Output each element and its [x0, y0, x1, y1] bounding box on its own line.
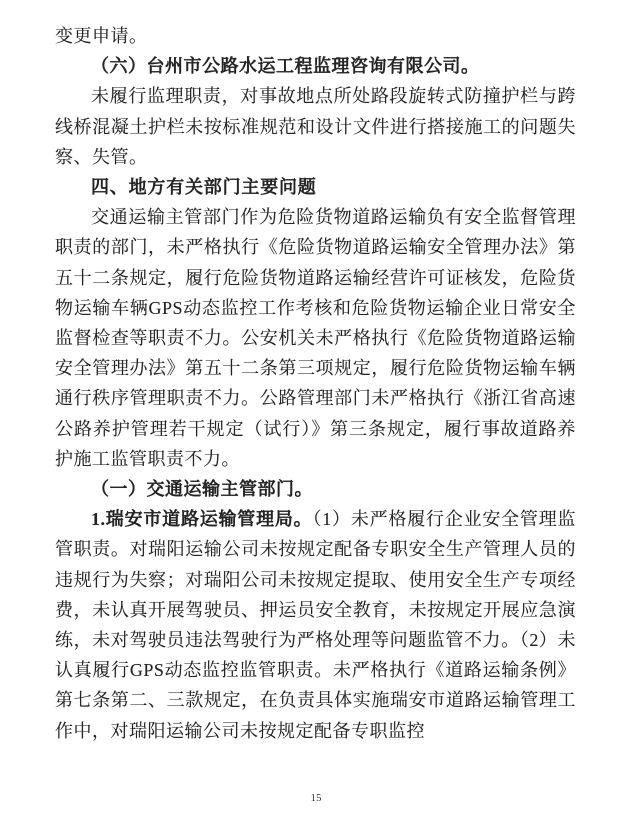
heading-section-six-taizhou-supervision-company: （六）台州市公路水运工程监理咨询有限公司。: [55, 51, 576, 81]
paragraph-ruian-bureau-details: （1）未严格履行企业安全管理监管职责。对瑞阳运输公司未按规定配备专职安全生产管理…: [55, 509, 576, 740]
document-body: 变更申请。 （六）台州市公路水运工程监理咨询有限公司。 未履行监理职责，对事故地…: [55, 21, 576, 746]
paragraph-lead-ruian-bureau-title: 1.瑞安市道路运输管理局。: [91, 509, 312, 529]
paragraph-ruian-road-transport-bureau: 1.瑞安市道路运输管理局。（1）未严格履行企业安全管理监管职责。对瑞阳运输公司未…: [55, 504, 576, 746]
document-page: 变更申请。 （六）台州市公路水运工程监理咨询有限公司。 未履行监理职责，对事故地…: [0, 0, 632, 819]
heading-part-four-local-departments-problems: 四、地方有关部门主要问题: [55, 172, 576, 202]
paragraph-supervision-duty-failure: 未履行监理职责，对事故地点所处路段旋转式防撞护栏与跨线桥混凝土护栏未按标准规范和…: [55, 81, 576, 172]
paragraph-change-application-continuation: 变更申请。: [55, 21, 576, 51]
paragraph-transport-authority-failures: 交通运输主管部门作为危险货物道路运输负有安全监督管理职责的部门，未严格执行《危险…: [55, 202, 576, 474]
heading-subsection-one-transport-department: （一）交通运输主管部门。: [55, 474, 576, 504]
page-footer: 15: [0, 791, 632, 805]
page-number: 15: [311, 792, 322, 804]
